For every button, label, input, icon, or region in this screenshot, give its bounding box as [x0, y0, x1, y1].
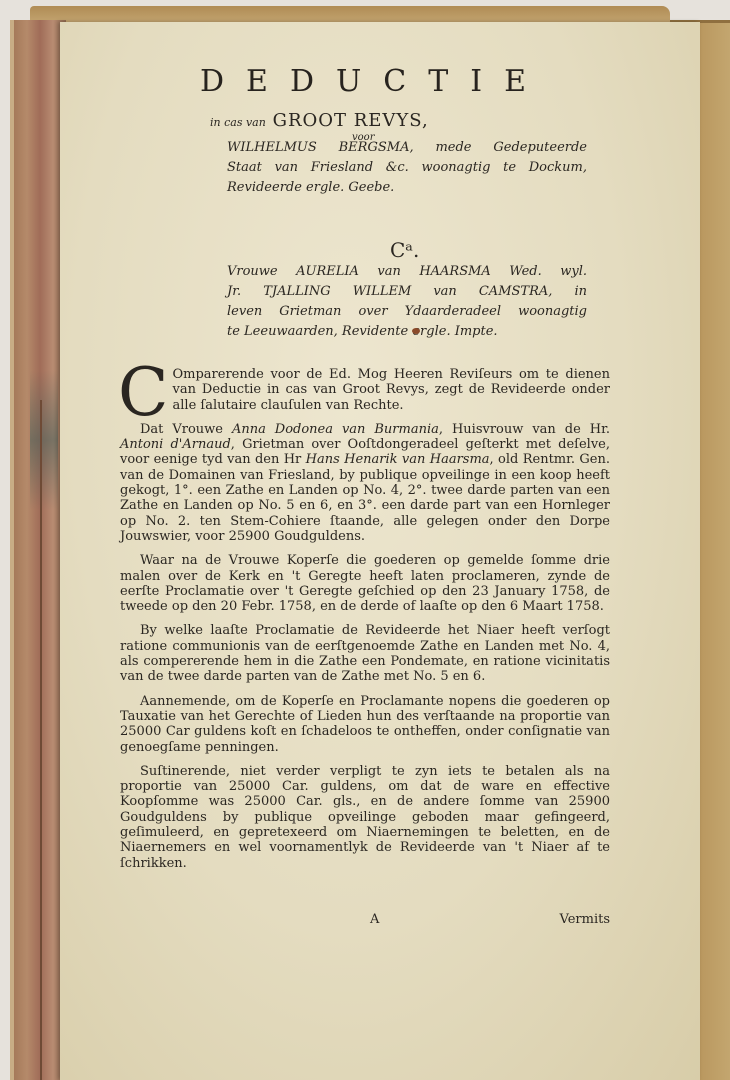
- party-two-line: Vrouwe AURELIA van HAARSMA Wed. wyl.: [227, 262, 587, 282]
- spine-stain: [30, 370, 58, 510]
- drop-cap: C: [118, 367, 169, 419]
- document-subtitle: in cas van GROOT REVYS,: [210, 110, 630, 131]
- binding-spine: [10, 20, 66, 1080]
- paragraph-5: Aannemende, om de Koperſe en Proclamante…: [120, 694, 610, 755]
- contra-label: Cᵃ.: [390, 238, 419, 262]
- party-one-line: Staat van Friesland &c. woonagtig te Doc…: [227, 158, 587, 178]
- party-one-block: WILHELMUS BERGSMA, mede Gedeputeerde Sta…: [227, 138, 587, 198]
- signature-mark: A: [370, 912, 379, 927]
- paragraph-2-text: , Huisvrouw van de Hr.: [439, 422, 610, 437]
- document-body: COmparerende voor de Ed. Mog Heeren Revi…: [120, 367, 610, 880]
- party-one-line: WILHELMUS BERGSMA, mede Gedeputeerde: [227, 138, 587, 158]
- subtitle-main: GROOT REVYS,: [273, 110, 429, 131]
- spine-stitch-line: [40, 400, 42, 1080]
- catchword: Vermits: [560, 912, 610, 927]
- ink-stain: [412, 328, 420, 334]
- paragraph-2-text: Dat Vrouwe: [140, 422, 232, 437]
- document-title: DEDUCTIE: [200, 64, 620, 99]
- person-name: Hans Henarik van Haarsma: [306, 452, 490, 467]
- paragraph-6: Suſtinerende, niet verder verpligt te zy…: [120, 764, 610, 871]
- paragraph-1-text: Omparerende voor de Ed. Mog Heeren Reviſ…: [173, 367, 611, 413]
- paragraph-4: By welke laaſte Proclamatie de Revideerd…: [120, 623, 610, 684]
- party-two-line: Jr. TJALLING WILLEM van CAMSTRA, in: [227, 282, 587, 302]
- paragraph-1: COmparerende voor de Ed. Mog Heeren Revi…: [120, 367, 610, 413]
- party-two-block: Vrouwe AURELIA van HAARSMA Wed. wyl. Jr.…: [227, 262, 587, 342]
- document-page: DEDUCTIE in cas van GROOT REVYS, voor WI…: [60, 22, 700, 1080]
- paragraph-2: Dat Vrouwe Anna Dodonea van Burmania, Hu…: [120, 422, 610, 544]
- party-one-line: Revideerde ergle. Geebe.: [227, 178, 587, 198]
- paragraph-3: Waar na de Vrouwe Koperſe die goederen o…: [120, 553, 610, 614]
- person-name: Antoni d'Arnaud: [120, 437, 231, 452]
- person-name: Anna Dodonea van Burmania: [232, 422, 439, 437]
- subtitle-prefix: in cas van: [210, 116, 266, 129]
- party-two-line: leven Grietman over Ydaarderadeel woonag…: [227, 302, 587, 322]
- party-two-line: te Leeuwaarden, Revidente ergle. Impte.: [227, 322, 587, 342]
